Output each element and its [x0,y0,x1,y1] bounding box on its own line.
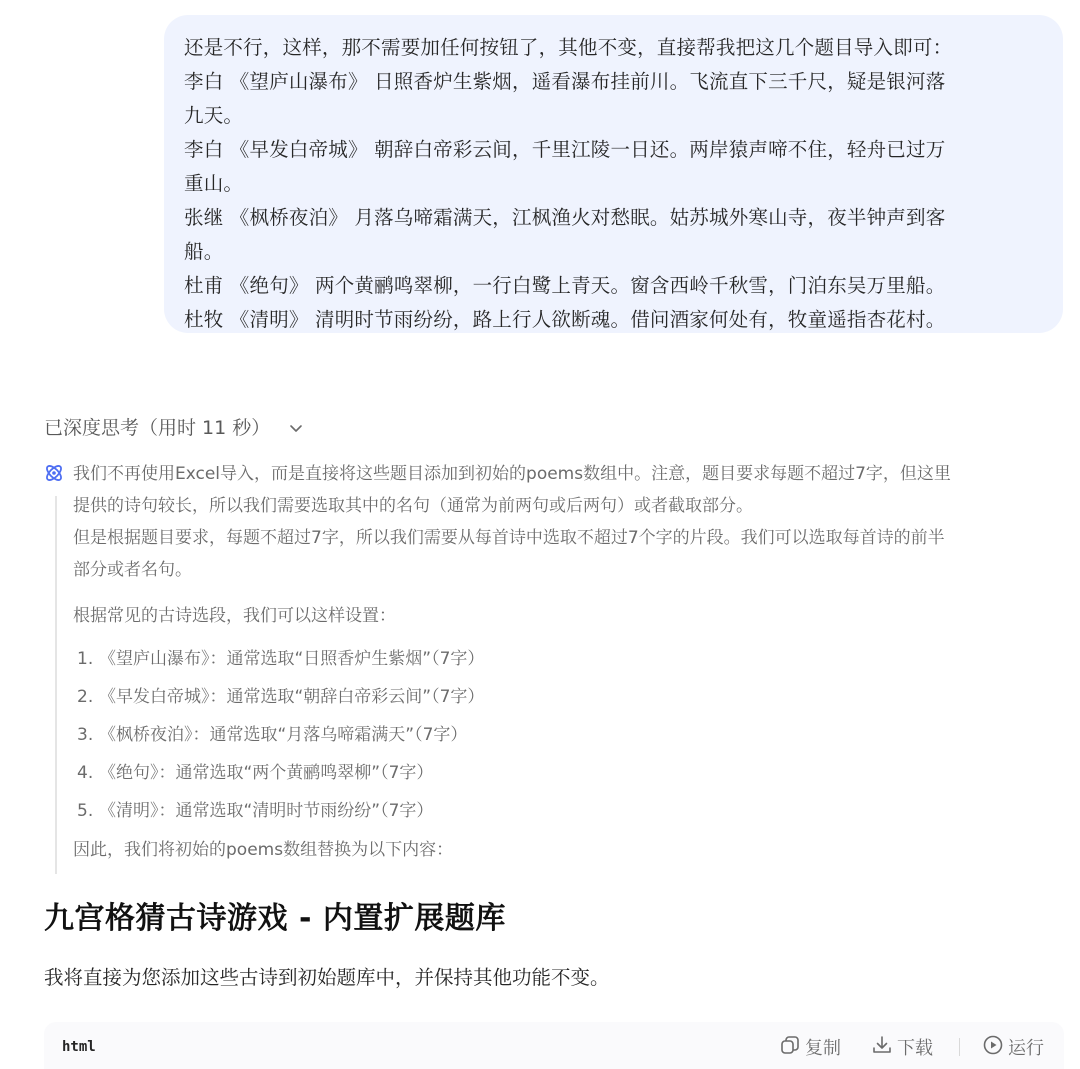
user-message-line: 重山。 [184,167,1043,201]
thinking-divider [55,496,57,874]
code-language-label: html [62,1039,96,1055]
run-button[interactable]: 运行 [982,1034,1044,1061]
thinking-list: 1. 《望庐山瀑布》：通常选取“日照香炉生紫烟”（7字） 2. 《早发白帝城》：… [73,640,1063,830]
thinking-conclusion: 因此，我们将初始的poems数组替换为以下内容： [73,834,1063,866]
thinking-paragraph: 提供的诗句较长，所以我们需要选取其中的名句（通常为前两句或后两句）或者截取部分。 [73,490,1063,522]
code-actions: 复制 下载 运行 [779,1034,1044,1061]
thinking-intro: 根据常见的古诗选段，我们可以这样设置： [73,600,1063,632]
user-message-line: 李白 《早发白帝城》 朝辞白帝彩云间，千里江陵一日还。两岸猿声啼不住，轻舟已过万 [184,133,1043,167]
answer-title: 九宫格猜古诗游戏 - 内置扩展题库 [44,893,506,937]
download-button[interactable]: 下载 [871,1034,933,1061]
list-text: 《绝句》：通常选取“两个黄鹂鸣翠柳”（7字） [99,754,433,792]
list-item: 4. 《绝句》：通常选取“两个黄鹂鸣翠柳”（7字） [77,754,1063,792]
thinking-content: 我们不再使用Excel导入，而是直接将这些题目添加到初始的poems数组中。注意… [73,458,1063,866]
user-message-line: 九天。 [184,99,1043,133]
user-message-bubble: 还是不行，这样，那不需要加任何按钮了，其他不变，直接帮我把这几个题目导入即可： … [164,15,1063,333]
action-divider [959,1038,960,1056]
list-number: 3. [77,716,99,754]
list-item: 2. 《早发白帝城》：通常选取“朝辞白帝彩云间”（7字） [77,678,1063,716]
atom-icon [43,462,65,484]
list-item: 1. 《望庐山瀑布》：通常选取“日照香炉生紫烟”（7字） [77,640,1063,678]
copy-icon [779,1034,805,1061]
list-number: 2. [77,678,99,716]
list-text: 《望庐山瀑布》：通常选取“日照香炉生紫烟”（7字） [99,640,484,678]
chevron-down-icon [288,419,304,435]
user-message-line: 还是不行，这样，那不需要加任何按钮了，其他不变，直接帮我把这几个题目导入即可： [184,31,1043,65]
user-message-line: 李白 《望庐山瀑布》 日照香炉生紫烟，遥看瀑布挂前川。飞流直下三千尺，疑是银河落 [184,65,1043,99]
list-text: 《枫桥夜泊》：通常选取“月落乌啼霜满天”（7字） [99,716,467,754]
copy-button[interactable]: 复制 [779,1034,841,1061]
user-message-line: 船。 [184,235,1043,269]
user-message-line: 张继 《枫桥夜泊》 月落乌啼霜满天，江枫渔火对愁眠。姑苏城外寒山寺，夜半钟声到客 [184,201,1043,235]
thinking-header-label: 已深度思考（用时 11 秒） [44,413,270,440]
answer-text: 我将直接为您添加这些古诗到初始题库中，并保持其他功能不变。 [44,962,610,990]
list-text: 《早发白帝城》：通常选取“朝辞白帝彩云间”（7字） [99,678,484,716]
user-message-line: 杜甫 《绝句》 两个黄鹂鸣翠柳，一行白鹭上青天。窗含西岭千秋雪，门泊东吴万里船。 [184,269,1043,303]
thinking-paragraph: 我们不再使用Excel导入，而是直接将这些题目添加到初始的poems数组中。注意… [73,458,1063,490]
user-message-line: 杜牧 《清明》 清明时节雨纷纷，路上行人欲断魂。借问酒家何处有，牧童遥指杏花村。 [184,303,1043,337]
copy-label: 复制 [805,1034,841,1060]
list-number: 1. [77,640,99,678]
list-number: 4. [77,754,99,792]
list-item: 5. 《清明》：通常选取“清明时节雨纷纷”（7字） [77,792,1063,830]
run-label: 运行 [1008,1034,1044,1060]
thinking-paragraph: 但是根据题目要求，每题不超过7字，所以我们需要从每首诗中选取不超过7个字的片段。… [73,522,1063,554]
code-block-header: html 复制 下载 [44,1022,1064,1069]
thinking-paragraph: 部分或者名句。 [73,554,1063,586]
download-icon [871,1034,897,1061]
download-label: 下载 [897,1034,933,1060]
thinking-toggle[interactable]: 已深度思考（用时 11 秒） [44,413,304,440]
list-item: 3. 《枫桥夜泊》：通常选取“月落乌啼霜满天”（7字） [77,716,1063,754]
play-circle-icon [982,1034,1008,1061]
list-number: 5. [77,792,99,830]
list-text: 《清明》：通常选取“清明时节雨纷纷”（7字） [99,792,433,830]
